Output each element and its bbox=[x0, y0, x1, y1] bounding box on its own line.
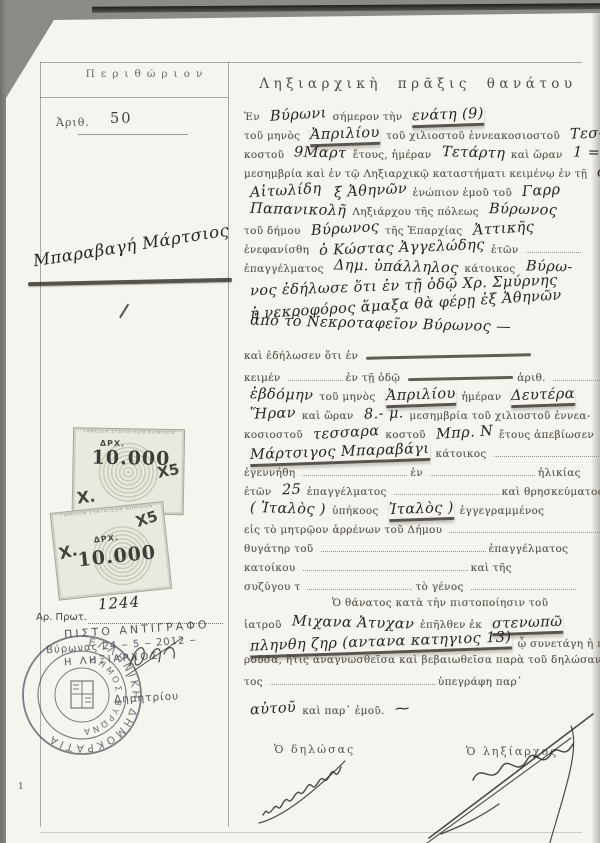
handwritten-entry: Δημ. ὑπάλληλος bbox=[334, 257, 459, 276]
act-line: ἐτῶν25ἐπαγγέλματοςκαὶ θρησκεύματος bbox=[244, 483, 592, 502]
act-line: Ἥρανκαὶ ὥραν8.- μ.μεσημβρία τοῦ χιλιοστο… bbox=[244, 407, 592, 426]
handwritten-entry: Μιχανα Ἀτυχαν bbox=[292, 613, 415, 632]
act-line: τοῦ μηνὸςἈπριλίουτοῦ χιλιοστοῦ ἐννεακοσι… bbox=[244, 127, 592, 146]
act-line: Αἰτωλίδηξ Ἀθηνῶνἐνώπιον ἐμοῦ τοῦΓαρρ bbox=[244, 184, 592, 203]
handwritten-entry-underlined: ενάτη (9) bbox=[412, 106, 485, 128]
printed-text: καὶ παρ᾽ ἐμοῦ. bbox=[302, 705, 385, 717]
printed-text: τῆς Ἐπαρχίας bbox=[385, 225, 463, 237]
handwritten-entry: Βύρωνος bbox=[310, 219, 379, 239]
printed-text: τοῦ χιλιοστοῦ ἐννεακοσιοστοῦ bbox=[386, 130, 560, 142]
printed-text: ἐν τῇ ὁδῷ bbox=[346, 372, 401, 384]
act-line: ΠαπανικολῆΛηξιάρχου τῆς πόλεωςΒύρωνος bbox=[244, 203, 592, 222]
pen-stroke bbox=[408, 376, 513, 381]
printed-text: καὶ θρησκεύματος bbox=[502, 486, 600, 498]
handwritten-entry: ⁓ bbox=[394, 701, 410, 718]
dotted-blank bbox=[394, 483, 499, 495]
printed-text: κατοίκου bbox=[244, 562, 296, 574]
handwritten-entry: Βύρωνι bbox=[270, 105, 328, 124]
handwritten-entry: Ἀττικῆς bbox=[472, 219, 534, 239]
printed-text: κοστοῦ bbox=[244, 149, 284, 161]
handwritten-entry: Αἰτωλίδη bbox=[250, 181, 322, 201]
printed-text: ἀριθ. bbox=[517, 372, 546, 384]
act-line: πληνθη ζηρ (αντανα κατηγιος 13)ᾧ συνετάγ… bbox=[244, 635, 592, 654]
dotted-blank bbox=[321, 540, 486, 552]
act-line: τοῦ δήμουΒύρωνοςτῆς ἘπαρχίαςἈττικῆς bbox=[244, 222, 592, 241]
printed-text: εἰς τὸ μητρῷον ἀρρένων τοῦ Δήμου bbox=[244, 524, 442, 536]
handwritten-entry: Τετάρτη bbox=[441, 144, 505, 162]
handwritten-entry-underlined: Ἰταλὸς ) bbox=[388, 500, 454, 522]
stamp-overprint: Χ. bbox=[57, 540, 79, 563]
margin-header-rule bbox=[40, 97, 228, 98]
printed-text: Ἐν bbox=[244, 111, 260, 123]
declarant-signature bbox=[255, 743, 355, 831]
printed-text: ἔτους ἀπεβίωσεν bbox=[499, 429, 594, 441]
printed-text: τοῦ δήμου bbox=[244, 225, 301, 237]
act-body: ἘνΒύρωνισήμερον τὴνενάτη (9)τοῦ μηνὸςἈπρ… bbox=[244, 108, 592, 721]
dotted-blank bbox=[302, 464, 407, 476]
act-line: ( Ἰταλὸς )ὑπήκοοςἸταλὸς )ἐγγεγραμμένος bbox=[244, 502, 592, 521]
printed-text: ἐν bbox=[410, 467, 423, 479]
handwritten-entry-underlined: Ἀπριλίου bbox=[310, 125, 380, 147]
page-corner-mark: 1 bbox=[18, 782, 24, 792]
printed-text: ἰατροῦ bbox=[244, 619, 282, 631]
stamp-overprint: Χ. bbox=[76, 486, 97, 507]
printed-text: ἐγγεγραμμένος bbox=[460, 505, 545, 517]
handwritten-entry: Βύρωνος bbox=[489, 201, 558, 219]
act-number-rule bbox=[78, 134, 188, 135]
handwritten-entry: αὐτοῦ bbox=[250, 700, 297, 719]
handwritten-entry: 8.- μ. bbox=[363, 405, 403, 422]
printed-text: ἐγεννήθη bbox=[244, 467, 295, 479]
scanned-death-act-document: Περιθώριον Ἀριθ. 50 Μπαραβαγή Μάρτσιος Τ… bbox=[0, 0, 600, 843]
printed-text: κάτοικος bbox=[436, 448, 487, 460]
handwritten-entry: ἑβδόμην bbox=[250, 386, 314, 404]
printed-text: μεσημβρία καὶ ἐν τῷ Ληξιαρχικῷ καταστήμα… bbox=[244, 168, 587, 180]
printed-text: Ὁ θάνατος κατὰ τὴν πιστοποίησιν τοῦ bbox=[332, 597, 548, 609]
printed-text: τος bbox=[244, 676, 263, 688]
printed-text: καὶ ὥραν bbox=[302, 410, 354, 422]
act-line: ἀπὸ τὸ Νεκροταφεῖον Βύρωνος — bbox=[244, 317, 592, 336]
printed-text: ἐτῶν bbox=[491, 244, 519, 256]
scanner-left-edge bbox=[0, 0, 7, 843]
handwritten-entry: Ἥραν bbox=[250, 405, 296, 423]
pen-stroke bbox=[366, 353, 531, 359]
printed-text: καὶ ἐδήλωσεν ὅτι ἐν bbox=[244, 350, 358, 362]
act-line: κειμένἐν τῇ ὁδῷἀριθ.τὴν5ην bbox=[244, 369, 592, 388]
dotted-blank bbox=[307, 578, 412, 590]
revenue-stamps: ΤΑΜΕΙΟΝ ΣΥΝΤΑΞΕΩΝ ΝΟΜΙΚΩΝ ΔΡΧ. 10.000 Χ5… bbox=[49, 416, 199, 611]
printed-text: τοῦ μηνὸς bbox=[319, 391, 375, 403]
act-line: κοστοῦ9Μαρτἔτους, ἡμέρανΤετάρτηκαὶ ὥραν1… bbox=[244, 146, 592, 165]
act-line: εἰς τὸ μητρῷον ἀρρένων τοῦ Δήμουυἱὸς ἢ bbox=[244, 521, 592, 540]
municipal-round-seal: ΕΛΛΗΝΙΚΗ ΔΗΜΟΚΡΑΤΙΑ ΔΗΜΟΣ ΒΥΡΩΝΑ bbox=[6, 619, 158, 771]
handwritten-entry: ( Ἰταλὸς ) bbox=[250, 500, 326, 518]
stamp-border-text: ΤΑΜΕΙΟΝ ΣΥΝΤΑΞΕΩΝ ΝΟΜΙΚΩΝ bbox=[74, 429, 184, 436]
handwritten-entry-underlined: Δευτέρα bbox=[511, 386, 576, 408]
margin-pen-tick bbox=[119, 304, 129, 318]
revenue-stamp: ΤΑΜΕΙΟΝ ΣΥΝΤΑΞΕΩΝ ΝΟΜΙΚΩΝ ΔΡΧ. 10.000 Χ5… bbox=[50, 501, 173, 600]
act-line: καὶ ἐδήλωσεν ὅτι ἐν bbox=[244, 350, 592, 369]
printed-text: τοῦ μηνὸς bbox=[244, 130, 300, 142]
act-line: μεσημβρία καὶ ἐν τῷ Ληξιαρχικῷ καταστήμα… bbox=[244, 165, 592, 184]
handwritten-entry: 9Μαρτ bbox=[294, 144, 347, 161]
act-line: ἐγεννήθηἐνἡλικίας bbox=[244, 464, 592, 483]
handwritten-entry: Γαρρ bbox=[522, 182, 561, 200]
printed-text: κειμέν bbox=[244, 372, 281, 384]
dotted-blank bbox=[449, 521, 600, 533]
act-title: Ληξιαρχικὴ πρᾶξις θανάτου bbox=[244, 76, 592, 92]
act-line: κατοίκουκαὶ τῆς bbox=[244, 559, 592, 578]
dotted-blank bbox=[303, 559, 468, 571]
act-line: ἐνεφανίσθηὁ Κώστας Ἀγγελώδηςἐτῶν bbox=[244, 241, 592, 260]
act-line: συζύγου ττὸ γένος bbox=[244, 578, 592, 597]
printed-text: συζύγου τ bbox=[244, 581, 300, 593]
scanner-edge-band bbox=[92, 3, 600, 13]
dotted-blank bbox=[471, 578, 576, 590]
printed-text: ἐνώπιον ἐμοῦ τοῦ bbox=[413, 187, 512, 199]
printed-text: καὶ τῆς bbox=[471, 562, 512, 574]
printed-text: κοσιοστοῦ bbox=[244, 429, 303, 441]
stamp-cancel-mark: Χ5 bbox=[156, 460, 181, 482]
seal-coat-of-arms bbox=[71, 681, 93, 708]
printed-text: καὶ ὥραν bbox=[511, 149, 563, 161]
handwritten-entry: τεσσαρα bbox=[312, 423, 379, 443]
printed-text: ἐπαγγέλματος bbox=[307, 486, 387, 498]
printed-text: μεσημβρία τοῦ χιλιοστοῦ ἐννεα- bbox=[409, 410, 590, 422]
printed-text: ἡμέραν bbox=[461, 391, 501, 403]
printed-text: ὑπήκοος bbox=[332, 505, 379, 517]
act-line: ἑβδόμηντοῦ μηνὸςἈπριλίουἡμέρανΔευτέρα bbox=[244, 388, 592, 407]
printed-text: ὑπεγράφη παρ᾽ bbox=[438, 676, 523, 688]
printed-text: ἐπαγγέλματος bbox=[244, 263, 324, 275]
margin-handwritten-name: Μπαραβαγή Μάρτσιος bbox=[32, 221, 231, 271]
printed-text: κοστοῦ bbox=[385, 429, 425, 441]
printed-text: ἔτους, ἡμέραν bbox=[353, 149, 432, 161]
printed-text: θυγάτηρ τοῦ bbox=[244, 543, 314, 555]
registrar-signature bbox=[421, 698, 600, 843]
dotted-blank bbox=[494, 445, 599, 457]
protocol-number-value: 1244 bbox=[97, 593, 140, 614]
act-line: Μάρτσιγος Μπαραβάγικάτοικος bbox=[244, 445, 592, 464]
dotted-blank bbox=[526, 241, 581, 253]
dotted-blank bbox=[430, 464, 535, 476]
act-line: θυγάτηρ τοῦἐπαγγέλματος bbox=[244, 540, 592, 559]
dotted-blank bbox=[288, 369, 343, 381]
margin-right-rule bbox=[228, 62, 229, 827]
handwritten-entry: Μπρ. Ν bbox=[435, 423, 493, 442]
revenue-stamp: ΤΑΜΕΙΟΝ ΣΥΝΤΑΞΕΩΝ ΝΟΜΙΚΩΝ ΔΡΧ. 10.000 Χ5… bbox=[72, 427, 185, 515]
handwritten-entry: ξ Ἀθηνῶν bbox=[333, 181, 407, 201]
handwritten-entry: 1 = μ bbox=[572, 144, 600, 161]
printed-text: κάτοικος bbox=[464, 263, 515, 275]
handwritten-entry: 25 bbox=[281, 482, 301, 499]
act-main-column: Ληξιαρχικὴ πρᾶξις θανάτου ἘνΒύρωνισήμερο… bbox=[244, 62, 592, 721]
handwritten-entry: Τεσ- bbox=[570, 125, 600, 142]
printed-text: τὸ γένος bbox=[415, 581, 463, 593]
printed-text: ᾧ συνετάγη ἡ πα- bbox=[518, 638, 600, 650]
printed-text: ἐνεφανίσθη bbox=[244, 244, 309, 256]
printed-text: ἐπῆλθεν ἐκ bbox=[420, 619, 482, 631]
dotted-blank bbox=[553, 369, 600, 381]
act-number-value: 50 bbox=[110, 111, 132, 127]
printed-text: σήμερον τὴν bbox=[333, 111, 403, 123]
printed-text: ἡλικίας bbox=[538, 467, 581, 479]
printed-text: Ληξιάρχου τῆς πόλεως bbox=[352, 206, 479, 218]
handwritten-entry: Παπανικολῆ bbox=[250, 201, 347, 220]
act-line: ἘνΒύρωνισήμερον τὴνενάτη (9) bbox=[244, 108, 592, 127]
dotted-blank bbox=[270, 673, 435, 685]
margin-header: Περιθώριον bbox=[66, 68, 228, 80]
act-line: τοςὑπεγράφη παρ᾽ bbox=[244, 673, 592, 692]
act-number-label: Ἀριθ. bbox=[56, 116, 90, 129]
paper-sheet: Περιθώριον Ἀριθ. 50 Μπαραβαγή Μάρτσιος Τ… bbox=[6, 10, 600, 843]
printed-text: ἐπαγγέλματος bbox=[489, 543, 569, 555]
margin-name-underline bbox=[28, 278, 232, 286]
handwritten-entry: ὁ Κώστας Ἀγγελώδης bbox=[319, 237, 485, 259]
printed-text: ἐτῶν bbox=[244, 486, 272, 498]
